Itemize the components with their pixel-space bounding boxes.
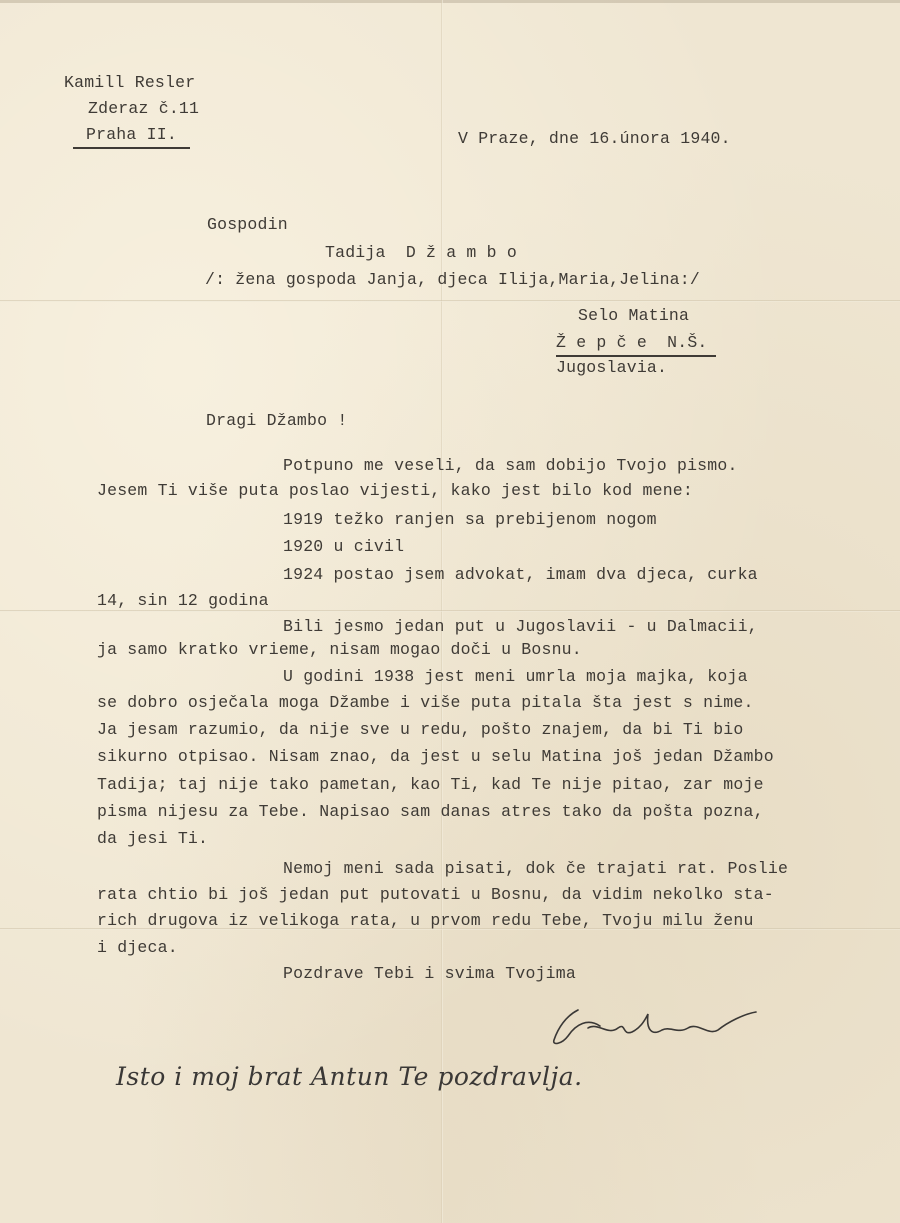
signature-scribble-icon [548,1006,760,1048]
body-line: 14, sin 12 godina [97,591,269,611]
place-date: V Praze, dne 16.února 1940. [458,129,731,149]
recipient-title: Gospodin [207,215,288,235]
body-line: sikurno otpisao. Nisam znao, da jest u s… [97,747,774,767]
body-line: 1919 težko ranjen sa prebijenom nogom [283,510,657,530]
body-line: Ja jesam razumio, da nije sve u redu, po… [97,720,744,740]
body-line: ja samo kratko vrieme, nisam mogao doči … [97,640,582,660]
paper-fold-horizontal [0,300,900,302]
body-line: i djeca. [97,938,178,958]
body-line: U godini 1938 jest meni umrla moja majka… [283,667,748,687]
sender-name: Kamill Resler [64,73,195,93]
recipient-town: Ž e p č e N.Š. [556,333,716,357]
body-line: Bili jesmo jedan put u Jugoslavii - u Da… [283,617,758,637]
recipient-country: Jugoslavia. [556,358,667,378]
body-line: rata chtio bi još jedan put putovati u B… [97,885,774,905]
body-line: da jesi Ti. [97,829,208,849]
greeting: Dragi Džambo ! [206,411,347,431]
handwritten-postscript: Isto i moj brat Antun Te pozdravlja. [116,1062,583,1091]
recipient-family-note: /: žena gospoda Janja, djeca Ilija,Maria… [205,270,700,290]
paper-top-edge [0,0,900,3]
body-line: Nemoj meni sada pisati, dok če trajati r… [283,859,788,879]
sender-city: Praha II. [73,125,190,149]
recipient-village: Selo Matina [578,306,689,326]
body-line: rich drugova iz velikoga rata, u prvom r… [97,911,754,931]
body-line: Jesem Ti više puta poslao vijesti, kako … [97,481,693,501]
recipient-name: Tadija D ž a m b o [325,243,517,263]
sender-street: Zderaz č.11 [88,99,199,119]
body-line: 1924 postao jsem advokat, imam dva djeca… [283,565,758,585]
body-line: pisma nijesu za Tebe. Napisao sam danas … [97,802,764,822]
body-line: 1920 u civil [283,537,404,557]
body-line: Tadija; taj nije tako pametan, kao Ti, k… [97,775,764,795]
signature: Resler [548,1006,760,1048]
body-line: Potpuno me veseli, da sam dobijo Tvojo p… [283,456,738,476]
closing: Pozdrave Tebi i svima Tvojima [283,964,576,984]
body-line: se dobro osječala moga Džambe i više put… [97,693,754,713]
